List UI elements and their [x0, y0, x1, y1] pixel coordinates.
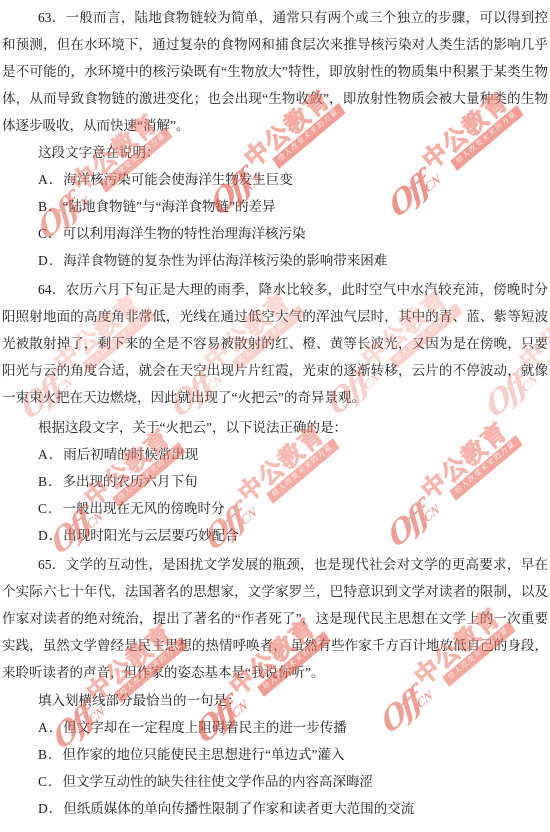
option-label: D． — [38, 801, 63, 816]
question-64-prompt: 根据这段文字，关于“火把云”，以下说法正确的是： — [2, 414, 548, 441]
question-65-options: A．但文字却在一定程度上阻碍着民主的进一步传播B．但作家的地位只能使民主思想进行… — [2, 714, 548, 822]
option-row: C．但文学互动性的缺失往往使文学作品的内容高深晦涩 — [2, 768, 548, 795]
option-row: D．海洋食物链的复杂性为评估海洋核污染的影响带来困难 — [2, 247, 548, 274]
question-63-stem: 63．一般而言，陆地食物链较为简单，通常只有两个或三个独立的步骤，可以得到控制和… — [2, 4, 548, 139]
stem-line: 体逐步吸收，从而快速“消解”。 — [2, 112, 548, 139]
option-text: 海洋核污染可能会使海洋生物发生巨变 — [63, 172, 293, 187]
stem-line: 是不可能的，水环境中的核污染既有“生物放大”特性，即放射性的物质集中积累于某类生… — [2, 58, 548, 85]
option-label: A． — [38, 720, 63, 735]
document-page: 63．一般而言，陆地食物链较为简单，通常只有两个或三个独立的步骤，可以得到控制和… — [0, 0, 550, 832]
option-label: A． — [38, 172, 63, 187]
option-text: 出现时阳光与云层要巧妙配合 — [63, 528, 239, 543]
option-text: 多出现的农历六月下旬 — [63, 474, 198, 489]
option-label: C． — [38, 501, 63, 516]
question-64-stem: 64．农历六月下旬正是大理的雨季，降水比较多，此时空气中水汽较充沛，傍晚时分太阳… — [2, 276, 548, 411]
option-text: 雨后初晴的时候常出现 — [63, 447, 198, 462]
question-63: 63．一般而言，陆地食物链较为简单，通常只有两个或三个独立的步骤，可以得到控制和… — [2, 4, 548, 274]
stem-line: 个实际六七十年代，法国著名的思想家，文学家罗兰，巴特意识到文学对读者的限制，以及 — [2, 578, 548, 605]
option-text: 一般出现在无风的傍晚时分 — [63, 501, 225, 516]
option-label: C． — [38, 774, 63, 789]
option-text: 但纸质媒体的单向传播性限制了作家和读者更大范围的交流 — [63, 801, 414, 816]
option-row: A．海洋核污染可能会使海洋生物发生巨变 — [2, 166, 548, 193]
stem-line: 光被散射掉了，剩下来的全是不容易被散射的红、橙、黄等长波光，又因为是在傍晚，只要 — [2, 330, 548, 357]
option-text: 但文学互动性的缺失往往使文学作品的内容高深晦涩 — [63, 774, 374, 789]
option-label: A． — [38, 447, 63, 462]
question-63-prompt: 这段文字意在说明： — [2, 139, 548, 166]
question-63-options: A．海洋核污染可能会使海洋生物发生巨变B．“陆地食物链”与“海洋食物链”的差异C… — [2, 166, 548, 274]
option-label: B． — [38, 474, 63, 489]
option-row: B．“陆地食物链”与“海洋食物链”的差异 — [2, 193, 548, 220]
stem-line: 一束束火把在天边燃烧，因此就出现了“火把云”的奇异景观。 — [2, 384, 548, 411]
stem-line: 阳照射地面的高度角非常低，光线在通过低空大气的浑浊气层时，其中的青、蓝、紫等短波 — [2, 303, 548, 330]
option-text: 但作家的地位只能使民主思想进行“单边式”灌入 — [63, 747, 345, 762]
option-label: C． — [38, 226, 63, 241]
stem-line: 实践，虽然文学曾经是民主思想的热情呼唤者， 虽然有些作家千方百计地放低自己的身段… — [2, 632, 548, 659]
question-65-stem: 65．文学的互动性，是困扰文学发展的瓶颈，也是现代社会对文学的更高要求，早在上个… — [2, 551, 548, 686]
stem-line: 阳光与云的角度合适，就会在天空出现片片红霞，光束的逐渐转移，云片的不停波动，就像 — [2, 357, 548, 384]
option-label: D． — [38, 253, 63, 268]
option-row: B．但作家的地位只能使民主思想进行“单边式”灌入 — [2, 741, 548, 768]
document-text: 63．一般而言，陆地食物链较为简单，通常只有两个或三个独立的步骤，可以得到控制和… — [0, 0, 550, 822]
stem-line: 来聆听读者的声音，但作家的姿态基本是“我说你听”。 — [2, 659, 548, 686]
stem-line: 64．农历六月下旬正是大理的雨季，降水比较多，此时空气中水汽较充沛，傍晚时分太 — [2, 276, 548, 303]
option-row: B．多出现的农历六月下旬 — [2, 468, 548, 495]
question-64-options: A．雨后初晴的时候常出现B．多出现的农历六月下旬C．一般出现在无风的傍晚时分D．… — [2, 441, 548, 549]
option-row: A．但文字却在一定程度上阻碍着民主的进一步传播 — [2, 714, 548, 741]
option-row: C．一般出现在无风的傍晚时分 — [2, 495, 548, 522]
option-row: D．出现时阳光与云层要巧妙配合 — [2, 522, 548, 549]
option-text: “陆地食物链”与“海洋食物链”的差异 — [63, 199, 276, 214]
option-text: 但文字却在一定程度上阻碍着民主的进一步传播 — [63, 720, 347, 735]
option-label: B． — [38, 747, 63, 762]
option-row: C．可以利用海洋生物的特性治理海洋核污染 — [2, 220, 548, 247]
option-row: A．雨后初晴的时候常出现 — [2, 441, 548, 468]
option-label: D． — [38, 528, 63, 543]
stem-line: 作家对读者的绝对统治，提出了著名的“作者死了”，这是现代民主思想在文学上的一次重… — [2, 605, 548, 632]
question-64: 64．农历六月下旬正是大理的雨季，降水比较多，此时空气中水汽较充沛，傍晚时分太阳… — [2, 276, 548, 549]
question-65-prompt: 填入划横线部分最恰当的一句是： — [2, 687, 548, 714]
option-row: D．但纸质媒体的单向传播性限制了作家和读者更大范围的交流 — [2, 795, 548, 822]
option-text: 海洋食物链的复杂性为评估海洋核污染的影响带来困难 — [63, 253, 387, 268]
stem-line: 和预测，但在水环境下，通过复杂的食物网和捕食层次来推导核污染对人类生活的影响几乎 — [2, 31, 548, 58]
question-65: 65．文学的互动性，是困扰文学发展的瓶颈，也是现代社会对文学的更高要求，早在上个… — [2, 551, 548, 822]
stem-line: 63．一般而言，陆地食物链较为简单，通常只有两个或三个独立的步骤，可以得到控制 — [2, 4, 548, 31]
option-text: 可以利用海洋生物的特性治理海洋核污染 — [63, 226, 306, 241]
stem-line: 65．文学的互动性，是困扰文学发展的瓶颈，也是现代社会对文学的更高要求，早在上 — [2, 551, 548, 578]
option-label: B． — [38, 199, 63, 214]
stem-line: 体，从而导致食物链的激进变化；也会出现“生物收敛”，即放射性物质会被大量种类的生… — [2, 85, 548, 112]
